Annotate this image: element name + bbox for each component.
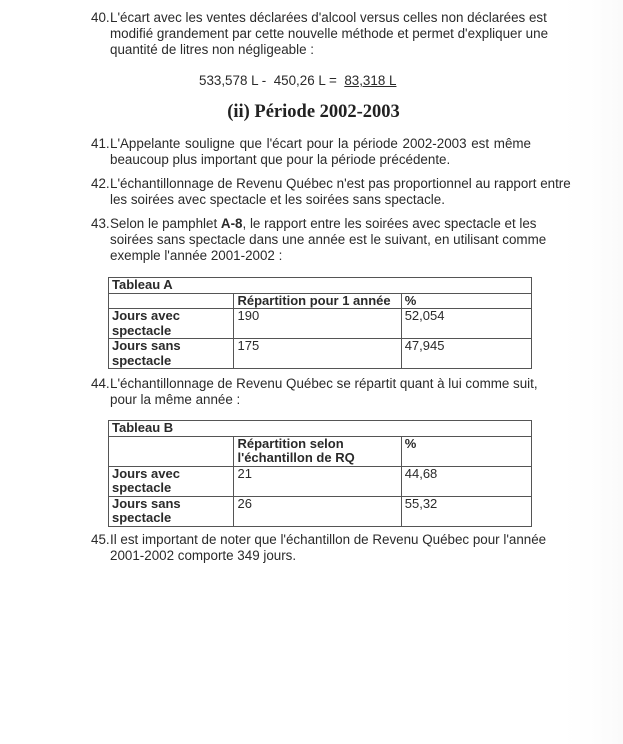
- text-line: L'écart avec les ventes déclarées d'alco…: [110, 10, 531, 26]
- table-title: Tableau B: [109, 421, 532, 437]
- header-cell-distribution: Répartition selonl'échantillon de RQ: [234, 436, 401, 466]
- table-a: Tableau A Répartition pour 1 année % Jou…: [108, 277, 532, 369]
- table-b: Tableau B Répartition selonl'échantillon…: [108, 420, 532, 527]
- paragraph-number: 45.: [91, 532, 110, 548]
- row-label-line: Jours avec: [112, 466, 180, 481]
- text-segment: Selon le pamphlet: [110, 216, 221, 231]
- table-title: Tableau A: [109, 278, 532, 294]
- percent-cell: 47,945: [401, 339, 531, 369]
- equation-result: 83,318 L: [344, 73, 396, 88]
- equation: 533,578 L - 450,26 L = 83,318 L: [199, 73, 396, 88]
- text-line: Il est important de noter que l'échantil…: [110, 532, 531, 548]
- text-line: exemple l'année 2001-2002 :: [110, 248, 531, 264]
- row-label-line: spectacle: [112, 480, 171, 495]
- table-row: Jours sansspectacle 26 55,32: [109, 496, 532, 526]
- paragraph-number: 43.: [91, 216, 110, 232]
- header-cell-empty: [109, 293, 234, 309]
- header-line: Répartition selon: [237, 436, 343, 451]
- row-label: Jours sansspectacle: [109, 339, 234, 369]
- row-label-line: Jours sans: [112, 496, 181, 511]
- row-label: Jours avecspectacle: [109, 466, 234, 496]
- table-title-row: Tableau A: [109, 278, 532, 294]
- count-cell: 175: [234, 339, 401, 369]
- text-line: L'Appelante souligne que l'écart pour la…: [110, 136, 531, 152]
- text-line: quantité de litres non négligeable :: [110, 42, 531, 58]
- paragraph-41: 41. L'Appelante souligne que l'écart pou…: [91, 136, 531, 168]
- paragraph-43: 43. Selon le pamphlet A-8, le rapport en…: [91, 216, 531, 264]
- count-cell: 21: [234, 466, 401, 496]
- paragraph-body: Selon le pamphlet A-8, le rapport entre …: [110, 216, 531, 264]
- percent-cell: 52,054: [401, 309, 531, 339]
- text-line: 2001-2002 comporte 349 jours.: [110, 548, 531, 564]
- count-cell: 190: [234, 309, 401, 339]
- header-line: l'échantillon de RQ: [237, 450, 354, 465]
- section-heading: (ii) Période 2002-2003: [0, 102, 623, 123]
- equation-expression: 533,578 L - 450,26 L =: [199, 73, 344, 88]
- header-cell-distribution: Répartition pour 1 année: [234, 293, 401, 309]
- paragraph-40: 40. L'écart avec les ventes déclarées d'…: [91, 10, 531, 58]
- text-line: modifié grandement par cette nouvelle mé…: [110, 26, 531, 42]
- table-row: Jours avecspectacle 21 44,68: [109, 466, 532, 496]
- text-segment: , le rapport entre les soirées avec spec…: [243, 216, 537, 231]
- header-cell-empty: [109, 436, 234, 466]
- paragraph-body: L'Appelante souligne que l'écart pour la…: [110, 136, 531, 168]
- row-label-line: spectacle: [112, 510, 171, 525]
- text-line: L'échantillonnage de Revenu Québec se ré…: [110, 376, 531, 392]
- paragraph-body: L'échantillonnage de Revenu Québec n'est…: [110, 176, 531, 208]
- percent-cell: 44,68: [401, 466, 531, 496]
- paragraph-45: 45. Il est important de noter que l'écha…: [91, 532, 531, 564]
- text-line: les soirées avec spectacle et les soirée…: [110, 192, 531, 208]
- paragraph-number: 42.: [91, 176, 110, 192]
- text-line: L'échantillonnage de Revenu Québec n'est…: [110, 176, 531, 192]
- paragraph-number: 41.: [91, 136, 110, 152]
- table-title-row: Tableau B: [109, 421, 532, 437]
- row-label-line: spectacle: [112, 353, 171, 368]
- row-label-line: Jours sans: [112, 338, 181, 353]
- paragraph-44: 44. L'échantillonnage de Revenu Québec s…: [91, 376, 531, 408]
- table-header-row: Répartition pour 1 année %: [109, 293, 532, 309]
- row-label: Jours sansspectacle: [109, 496, 234, 526]
- text-line: soirées sans spectacle dans une année es…: [110, 232, 531, 248]
- paragraph-number: 40.: [91, 10, 110, 26]
- paragraph-body: Il est important de noter que l'échantil…: [110, 532, 531, 564]
- table-header-row: Répartition selonl'échantillon de RQ %: [109, 436, 532, 466]
- row-label-line: Jours avec: [112, 308, 180, 323]
- text-line: beaucoup plus important que pour la péri…: [110, 152, 531, 168]
- paragraph-number: 44.: [91, 376, 110, 392]
- text-line: Selon le pamphlet A-8, le rapport entre …: [110, 216, 531, 232]
- row-label: Jours avecspectacle: [109, 309, 234, 339]
- text-line: pour la même année :: [110, 392, 531, 408]
- paragraph-body: L'écart avec les ventes déclarées d'alco…: [110, 10, 531, 58]
- row-label-line: spectacle: [112, 323, 171, 338]
- table-row: Jours avecspectacle 190 52,054: [109, 309, 532, 339]
- header-cell-percent: %: [401, 436, 531, 466]
- header-cell-percent: %: [401, 293, 531, 309]
- paragraph-body: L'échantillonnage de Revenu Québec se ré…: [110, 376, 531, 408]
- paragraph-42: 42. L'échantillonnage de Revenu Québec n…: [91, 176, 531, 208]
- count-cell: 26: [234, 496, 401, 526]
- exhibit-reference: A-8: [221, 216, 243, 231]
- table-row: Jours sansspectacle 175 47,945: [109, 339, 532, 369]
- percent-cell: 55,32: [401, 496, 531, 526]
